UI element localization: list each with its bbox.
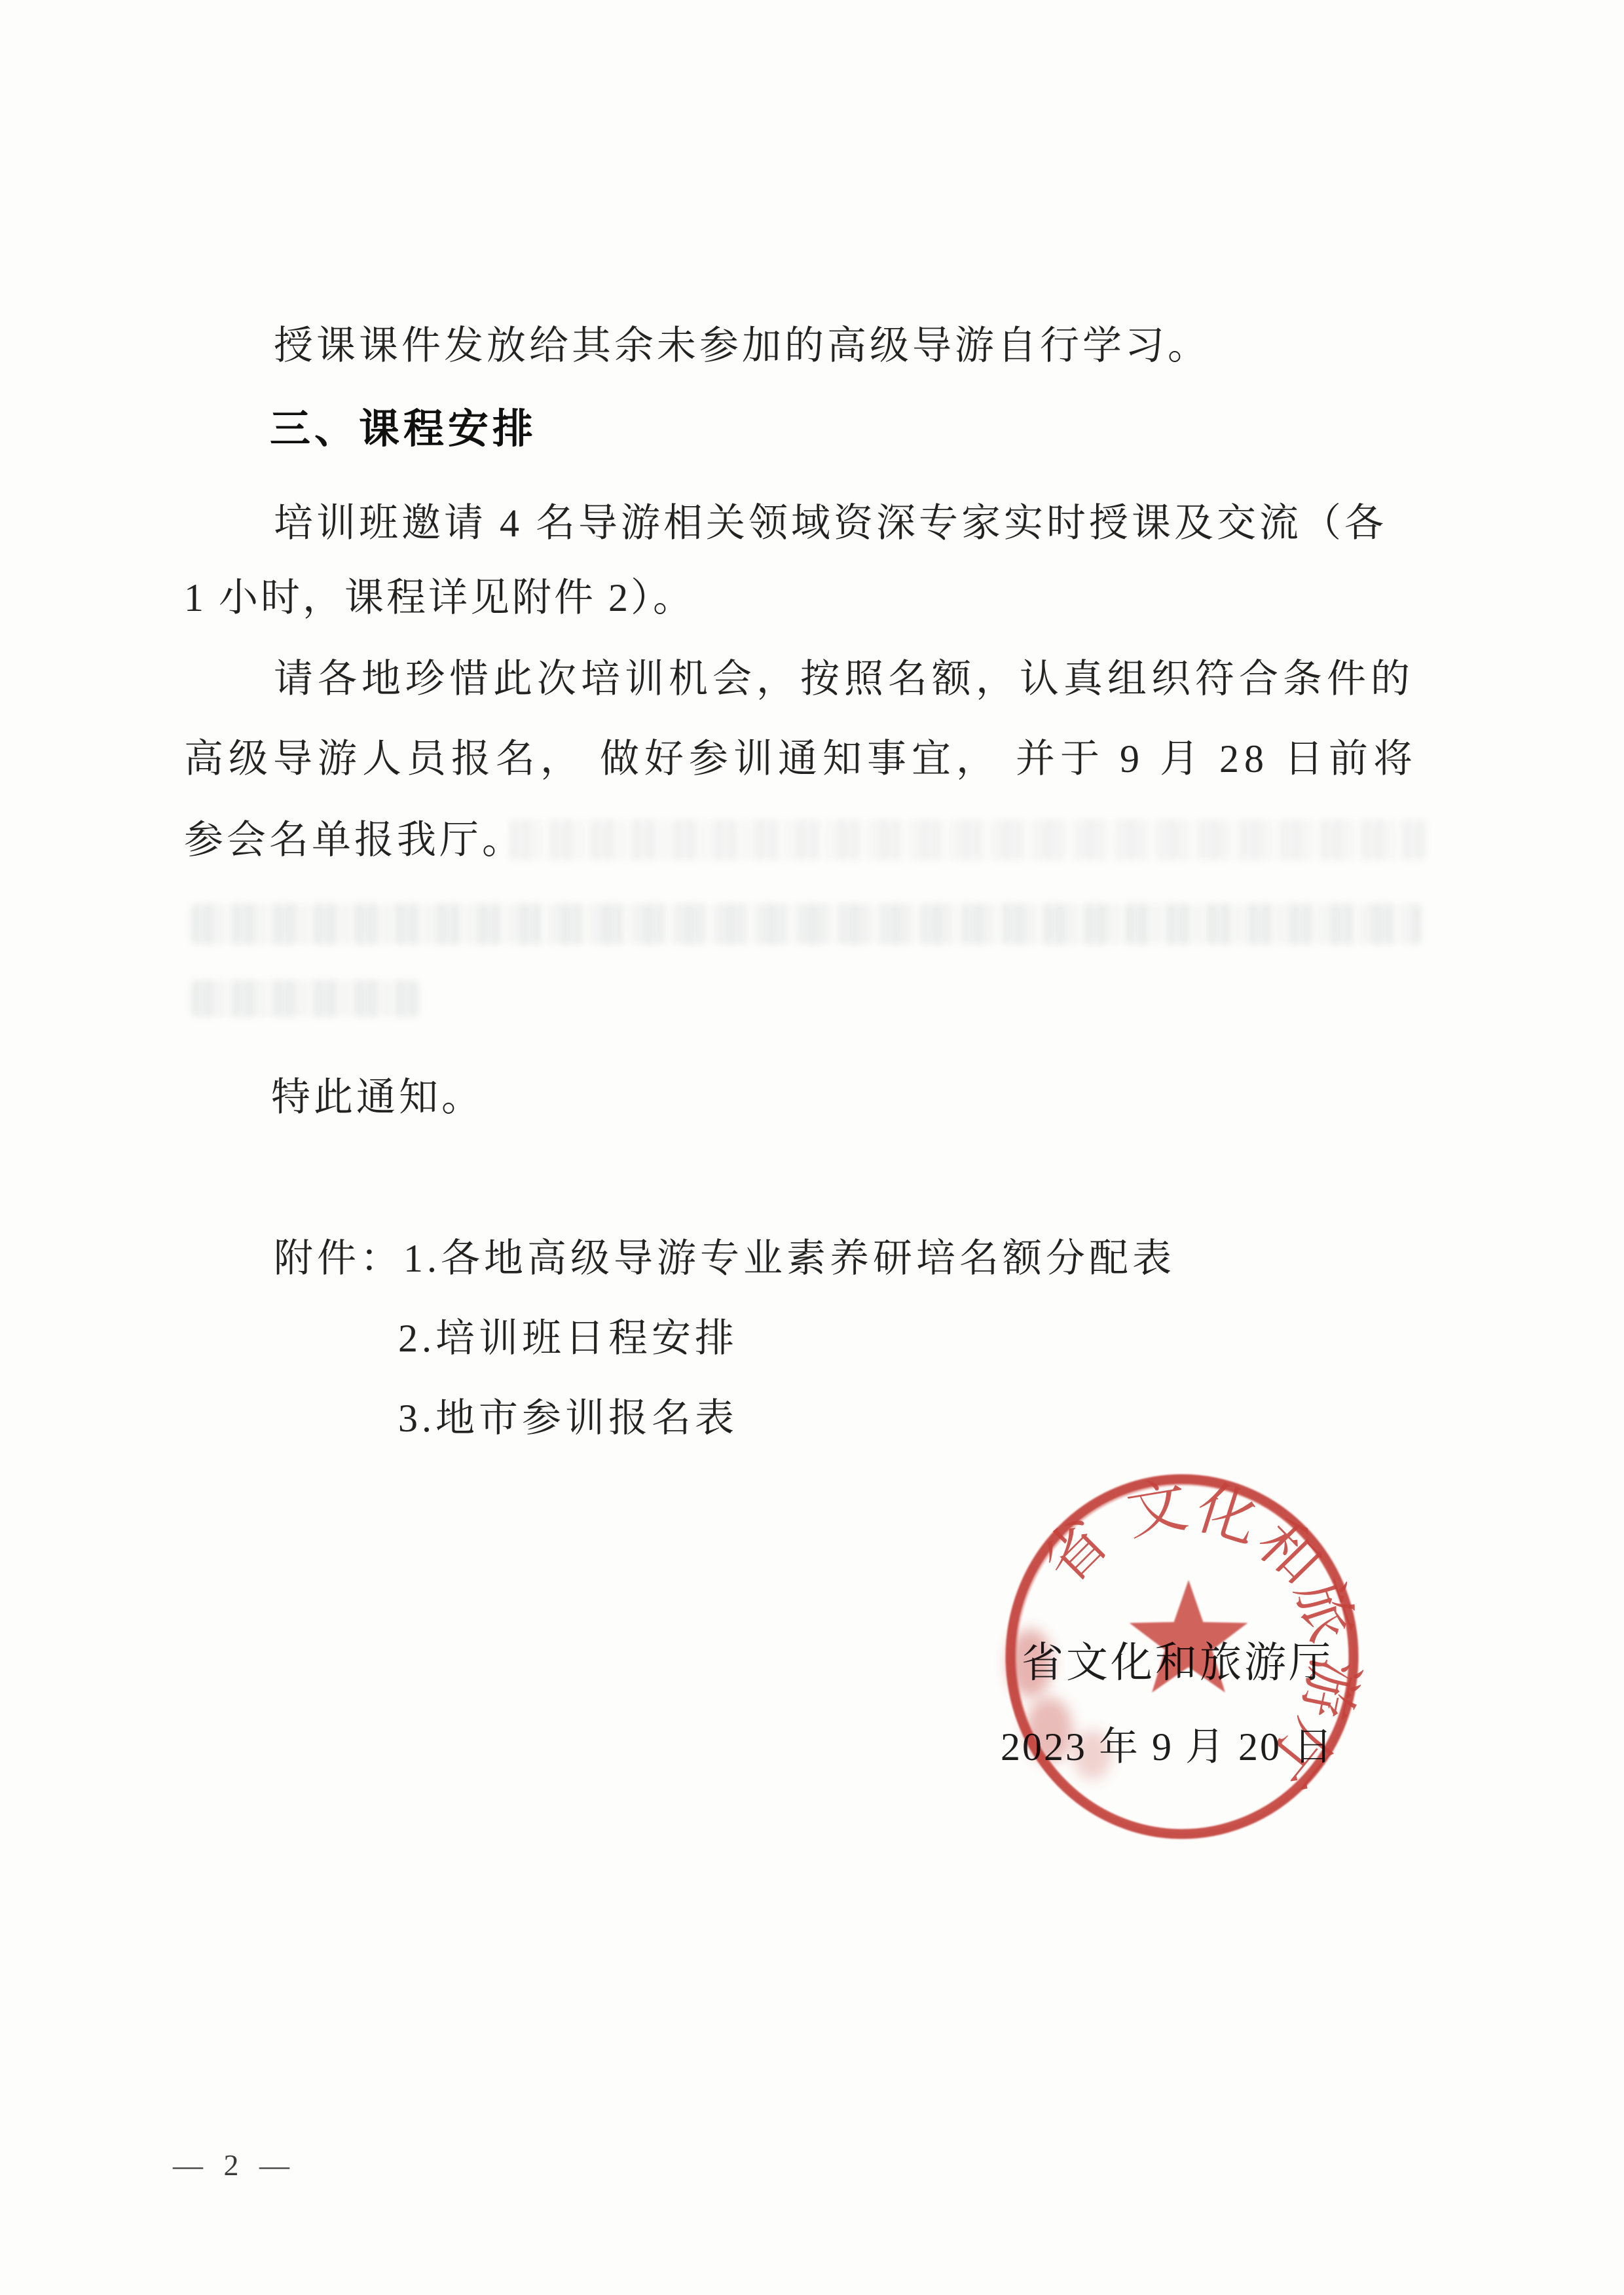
paragraph2-line3: 参会名单报我厅。 — [184, 817, 525, 864]
seal-ring-character: 游 — [1291, 1652, 1368, 1725]
seal-faint-character-blob — [1073, 1730, 1112, 1780]
seal-ring-character: 省 — [1031, 1507, 1120, 1596]
paragraph2-line2: 高级导游人员报名， 做好参训通知事宜， 并于 9 月 28 日前将 — [184, 735, 1418, 782]
seal-ring-character: 文 — [1122, 1471, 1192, 1547]
ghost-erased-line-3 — [191, 980, 419, 1017]
document-page: 授课课件发放给其余未参加的高级导游自行学习。 三、课程安排 培训班邀请 4 名导… — [0, 0, 1624, 2295]
closing-line: 特此通知。 — [271, 1074, 484, 1121]
red-star-icon — [1130, 1580, 1248, 1693]
seal-ring-character: 厅 — [1254, 1708, 1344, 1797]
seal-faint-character-blob — [1025, 1697, 1073, 1763]
page-number: — 2 — — [173, 2148, 296, 2182]
continuation-line: 授课课件发放给其余未参加的高级导游自行学习。 — [274, 322, 1210, 369]
paragraph2-line1: 请各地珍惜此次培训机会，按照名额，认真组织符合条件的 — [274, 655, 1414, 703]
attachments-line-2: 2.培训班日程安排 — [398, 1315, 738, 1362]
official-seal: 省文化和旅游厅 — [976, 1447, 1401, 1879]
attachments-line-3: 3.地市参训报名表 — [398, 1395, 738, 1442]
ghost-erased-line-2 — [191, 904, 1421, 944]
attachments-line-1: 附件：1.各地高级导游专业素养研培名额分配表 — [274, 1235, 1175, 1282]
paragraph1-line2: 1 小时，课程详见附件 2）。 — [184, 574, 695, 621]
ghost-erased-line-1 — [509, 820, 1426, 860]
seal-faint-character-blob — [1008, 1629, 1052, 1697]
paragraph1-line1: 培训班邀请 4 名导游相关领域资深专家实时授课及交流（各 — [274, 500, 1387, 547]
section-heading: 三、课程安排 — [270, 406, 537, 453]
